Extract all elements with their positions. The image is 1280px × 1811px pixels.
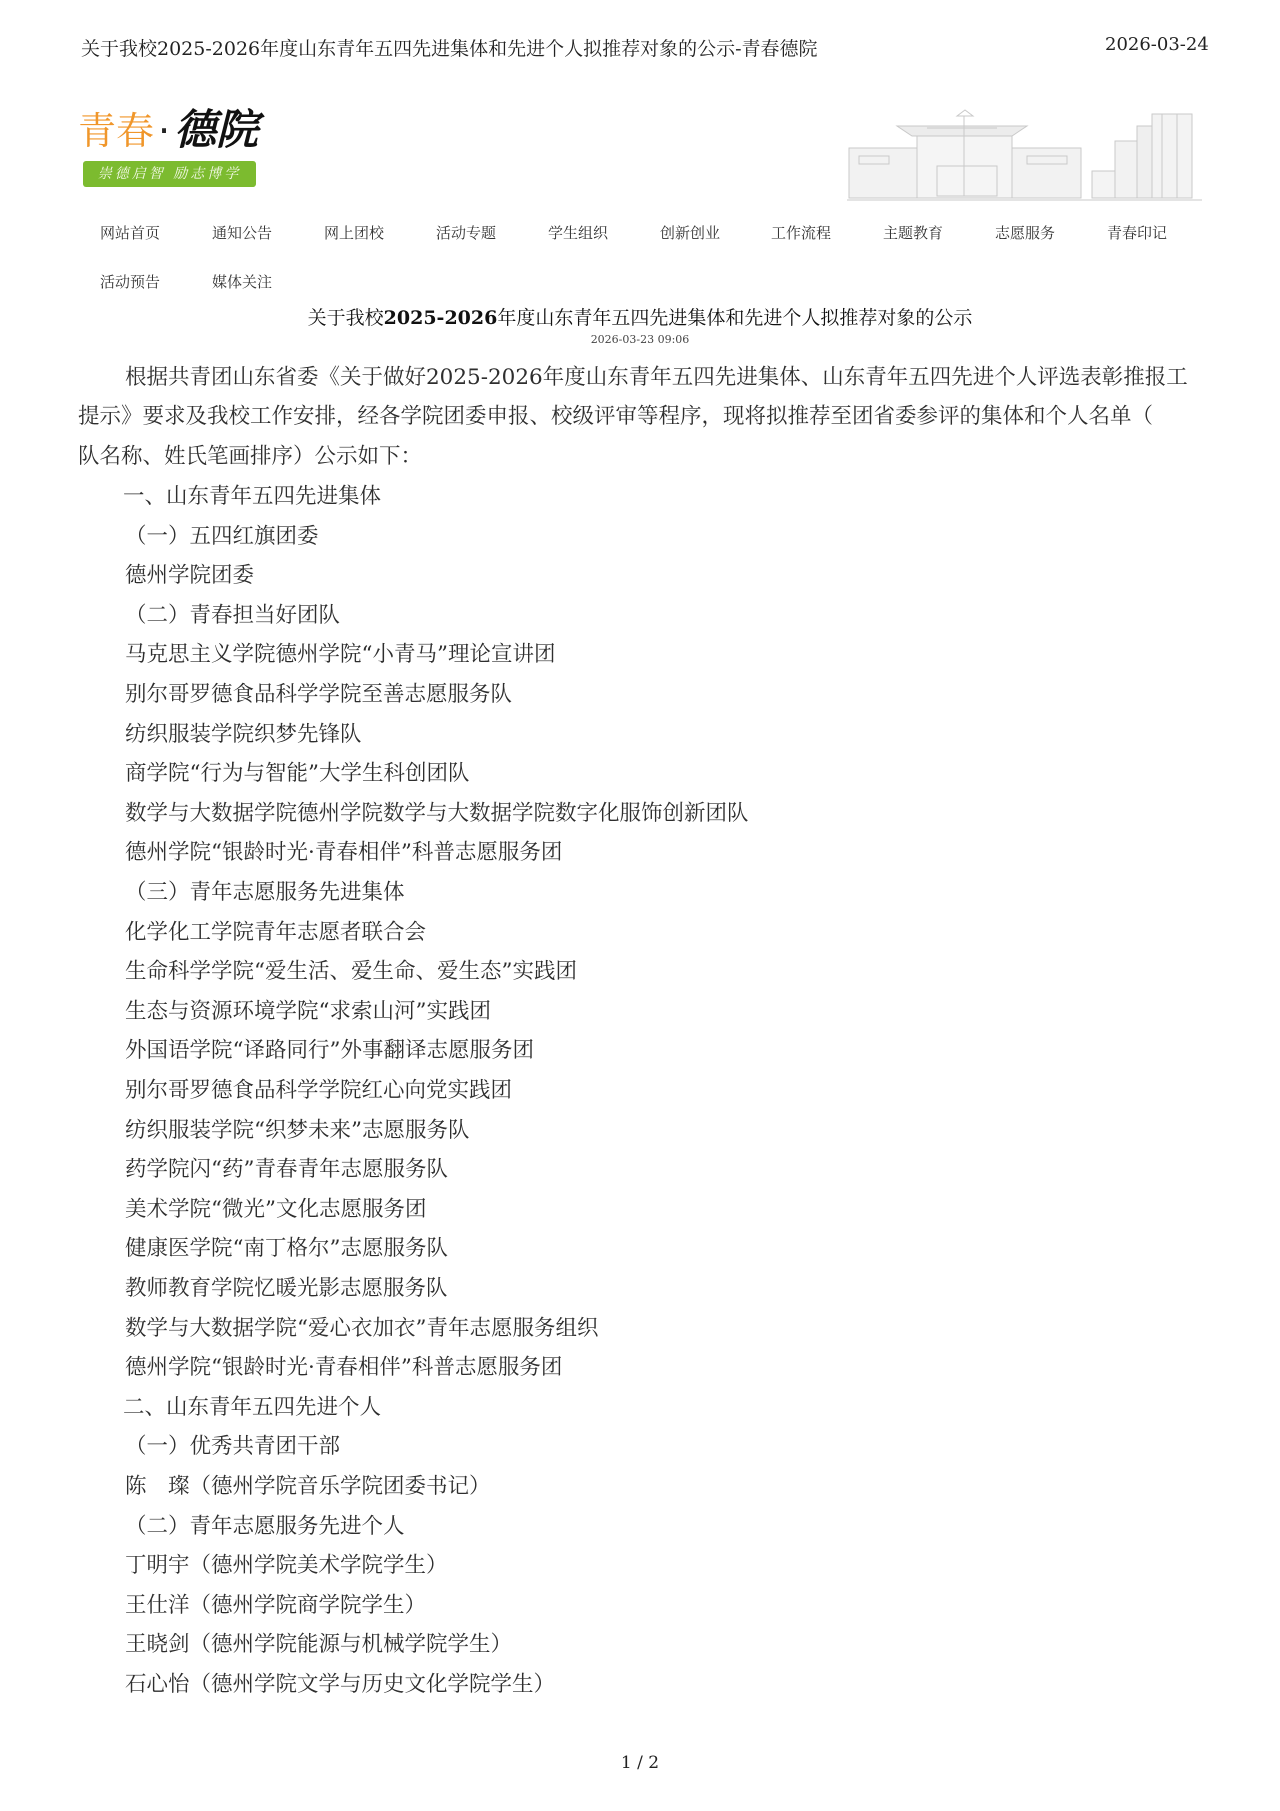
list-item: 纺织服装学院织梦先锋队 (125, 720, 362, 750)
list-item: 生态与资源环境学院“求索山河”实践团 (125, 997, 491, 1027)
list-item: 石心怡（德州学院文学与历史文化学院学生） (125, 1670, 555, 1700)
subsection-heading: （二）青年志愿服务先进个人 (125, 1512, 405, 1542)
list-item: 王仕洋（德州学院商学院学生） (125, 1591, 426, 1621)
intro-line: 根据共青团山东省委《关于做好2025-2026年度山东青年五四先进集体、山东青年… (125, 363, 1188, 393)
list-item: 化学化工学院青年志愿者联合会 (125, 918, 426, 948)
list-item: 数学与大数据学院德州学院数学与大数据学院数字化服饰创新团队 (125, 799, 749, 829)
section-heading: 二、山东青年五四先进个人 (123, 1393, 381, 1423)
list-item: 美术学院“微光”文化志愿服务团 (125, 1195, 426, 1225)
list-item: 教师教育学院忆暖光影志愿服务队 (125, 1274, 448, 1304)
list-item: 德州学院“银龄时光·青春相伴”科普志愿服务团 (125, 1353, 562, 1383)
list-item: 王晓剑（德州学院能源与机械学院学生） (125, 1630, 512, 1660)
list-item: 德州学院团委 (125, 561, 254, 591)
list-item: 德州学院“银龄时光·青春相伴”科普志愿服务团 (125, 838, 562, 868)
list-item: 生命科学学院“爱生活、爱生命、爱生态”实践团 (125, 957, 577, 987)
list-item: 商学院“行为与智能”大学生科创团队 (125, 759, 470, 789)
section-heading: 一、山东青年五四先进集体 (123, 482, 381, 512)
intro-line: 提示》要求及我校工作安排，经各学院团委申报、校级评审等程序，现将拟推荐至团省委参… (78, 402, 1153, 432)
list-item: 马克思主义学院德州学院“小青马”理论宣讲团 (125, 640, 556, 670)
list-item: 外国语学院“译路同行”外事翻译志愿服务团 (125, 1036, 534, 1066)
subsection-heading: （三）青年志愿服务先进集体 (125, 878, 405, 908)
intro-line: 队名称、姓氏笔画排序）公示如下： (78, 442, 422, 472)
list-item: 药学院闪“药”青春青年志愿服务队 (125, 1155, 448, 1185)
subsection-heading: （一）优秀共青团干部 (125, 1432, 340, 1462)
subsection-heading: （二）青春担当好团队 (125, 601, 340, 631)
article-body: 根据共青团山东省委《关于做好2025-2026年度山东青年五四先进集体、山东青年… (0, 0, 1200, 1811)
list-item: 别尔哥罗德食品科学学院红心向党实践团 (125, 1076, 512, 1106)
page-number: 1 / 2 (0, 1753, 1280, 1773)
list-item: 陈 璨（德州学院音乐学院团委书记） (125, 1472, 491, 1502)
list-item: 丁明宇（德州学院美术学院学生） (125, 1551, 448, 1581)
list-item: 健康医学院“南丁格尔”志愿服务队 (125, 1234, 448, 1264)
list-item: 纺织服装学院“织梦未来”志愿服务队 (125, 1116, 470, 1146)
list-item: 别尔哥罗德食品科学学院至善志愿服务队 (125, 680, 512, 710)
subsection-heading: （一）五四红旗团委 (125, 522, 319, 552)
list-item: 数学与大数据学院“爱心衣加衣”青年志愿服务组织 (125, 1314, 599, 1344)
